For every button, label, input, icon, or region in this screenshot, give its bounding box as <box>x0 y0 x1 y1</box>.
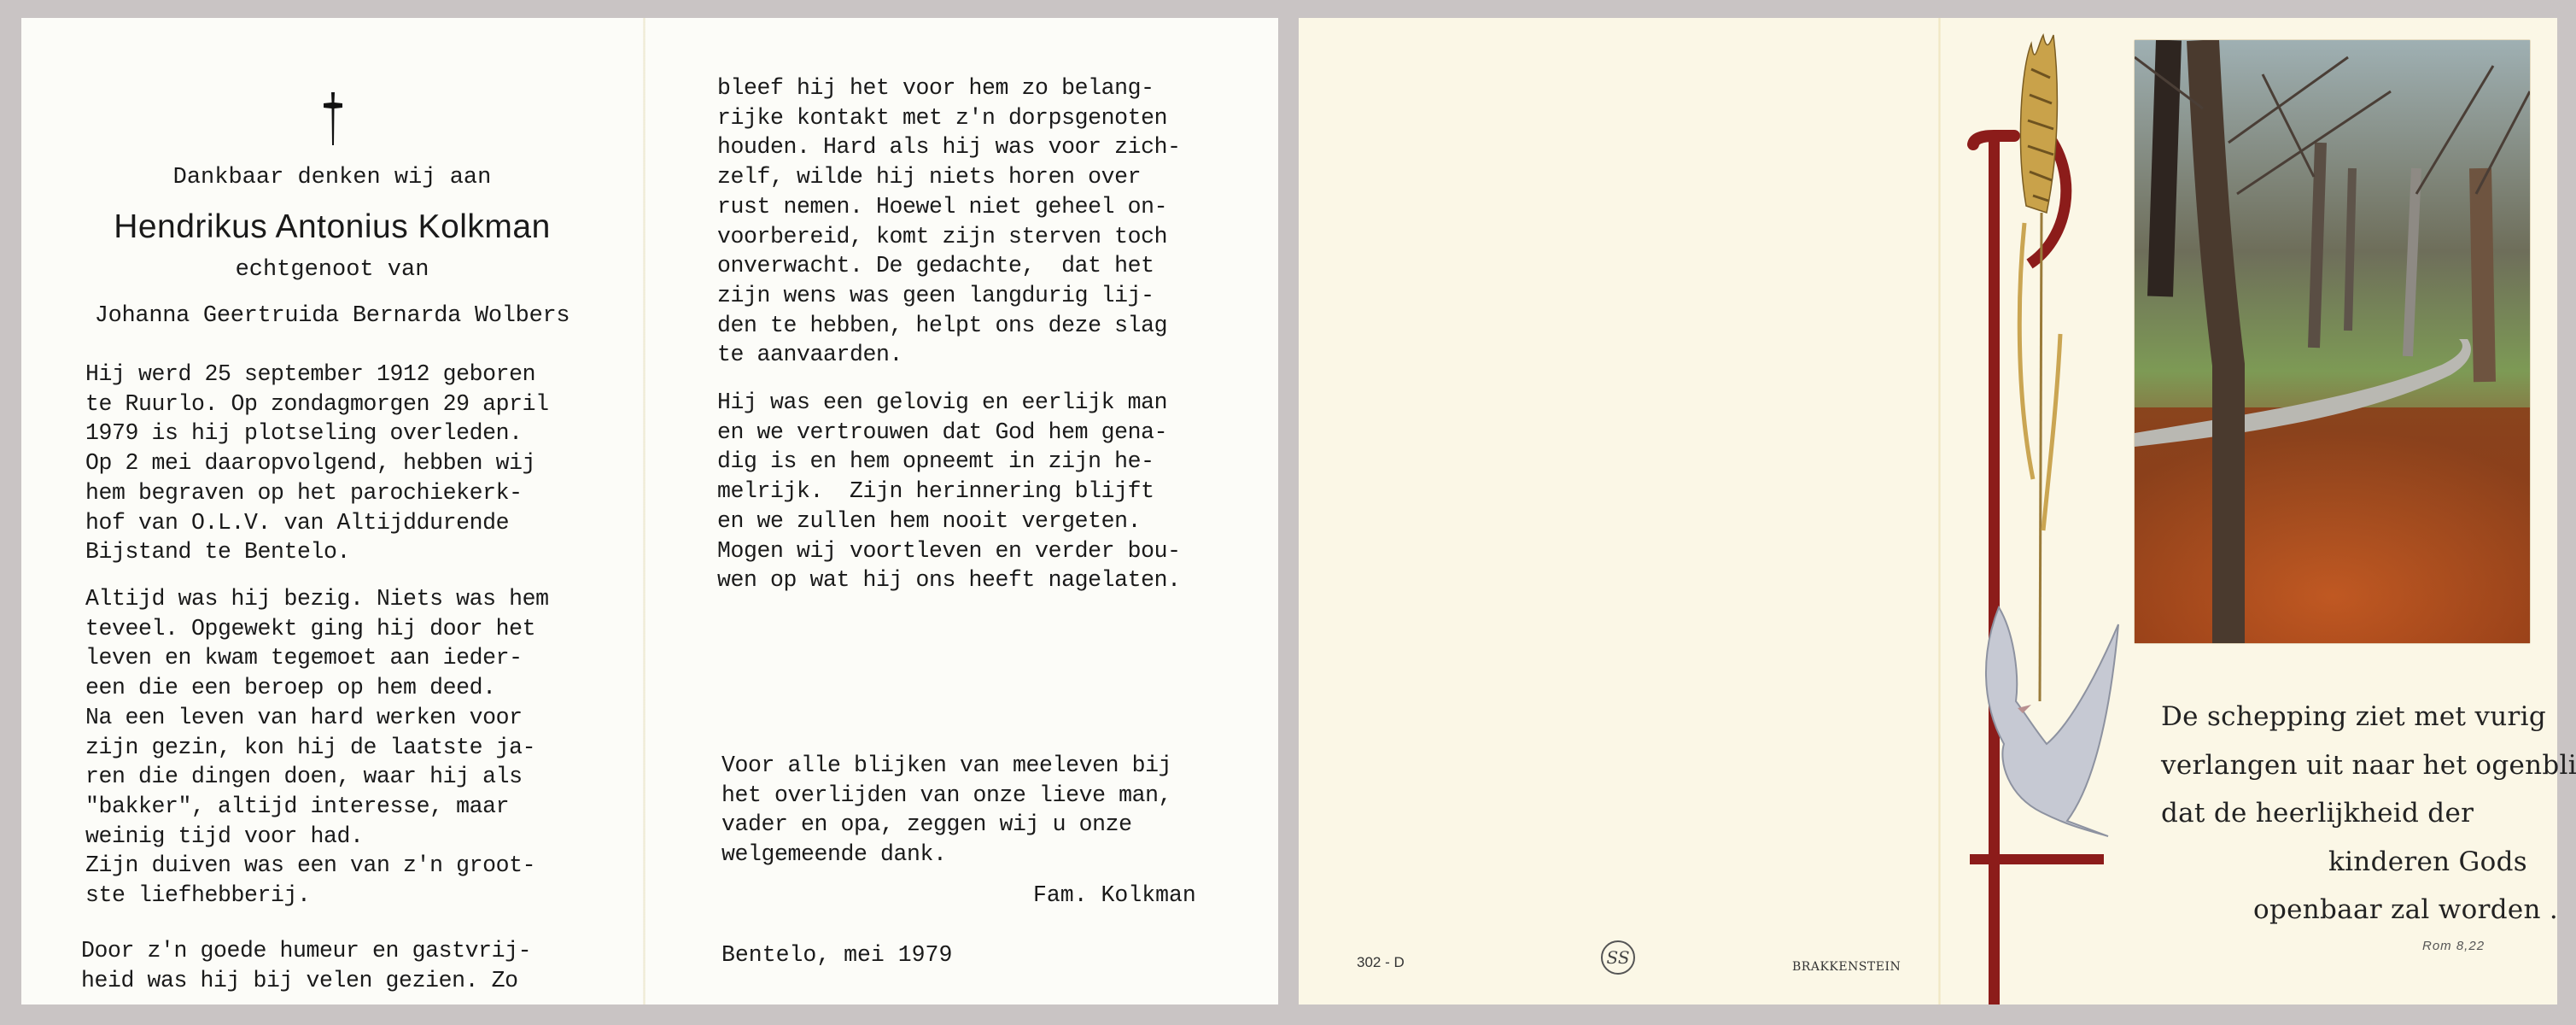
scripture-quote-line: De schepping ziet met vurig <box>2161 701 2546 732</box>
scripture-quote-line: dat de heerlijkheid der <box>2161 798 2474 829</box>
spouse-label: echtgenoot van <box>21 257 643 283</box>
faith-paragraph: Hij was een gelovig en eerlijk man en we… <box>717 388 1181 595</box>
biography-paragraph: Door z'n goede humeur en gastvrij- heid … <box>81 936 531 995</box>
dove-icon <box>1986 607 2118 836</box>
catalog-number: 302 - D <box>1357 954 1405 971</box>
memorial-card-cover: 302 - D SS BRAKKENSTEIN <box>1299 18 2557 1004</box>
biography-paragraph: bleef hij het voor hem zo belang- rijke … <box>717 73 1181 370</box>
card-fold-line <box>1938 18 1941 1004</box>
latin-cross-icon <box>323 92 343 145</box>
scripture-quote-line: kinderen Gods <box>2328 846 2527 877</box>
spouse-name: Johanna Geertruida Bernarda Wolbers <box>21 303 643 329</box>
staff-shaft <box>1989 136 2000 1004</box>
autumn-forest-path-photo <box>2135 40 2530 643</box>
memorial-card-inside: Dankbaar denken wij aan Hendrikus Antoni… <box>21 18 1278 1004</box>
deceased-name: Hendrikus Antonius Kolkman <box>21 208 643 246</box>
family-signature: Fam. Kolkman <box>1033 882 1196 908</box>
chi-rho-staff-icon <box>1965 18 2135 1004</box>
publisher-logo-icon: SS <box>1601 940 1635 975</box>
publisher-name: BRAKKENSTEIN <box>1792 960 1901 974</box>
biography-paragraph: Hij werd 25 september 1912 geboren te Ru… <box>85 360 549 567</box>
biography-paragraph: Altijd was hij bezig. Niets was hem teve… <box>85 584 549 911</box>
card-fold-line <box>643 18 645 1004</box>
wheat-ear-icon <box>2019 35 2060 701</box>
intro-line: Dankbaar denken wij aan <box>21 165 643 190</box>
place-date: Bentelo, mei 1979 <box>721 942 952 968</box>
thanks-paragraph: Voor alle blijken van meeleven bij het o… <box>721 751 1171 870</box>
scripture-reference: Rom 8,22 <box>2422 939 2485 953</box>
scripture-quote-line: openbaar zal worden . <box>2253 894 2558 925</box>
scripture-quote-line: verlangen uit naar het ogenblik, <box>2161 750 2576 781</box>
